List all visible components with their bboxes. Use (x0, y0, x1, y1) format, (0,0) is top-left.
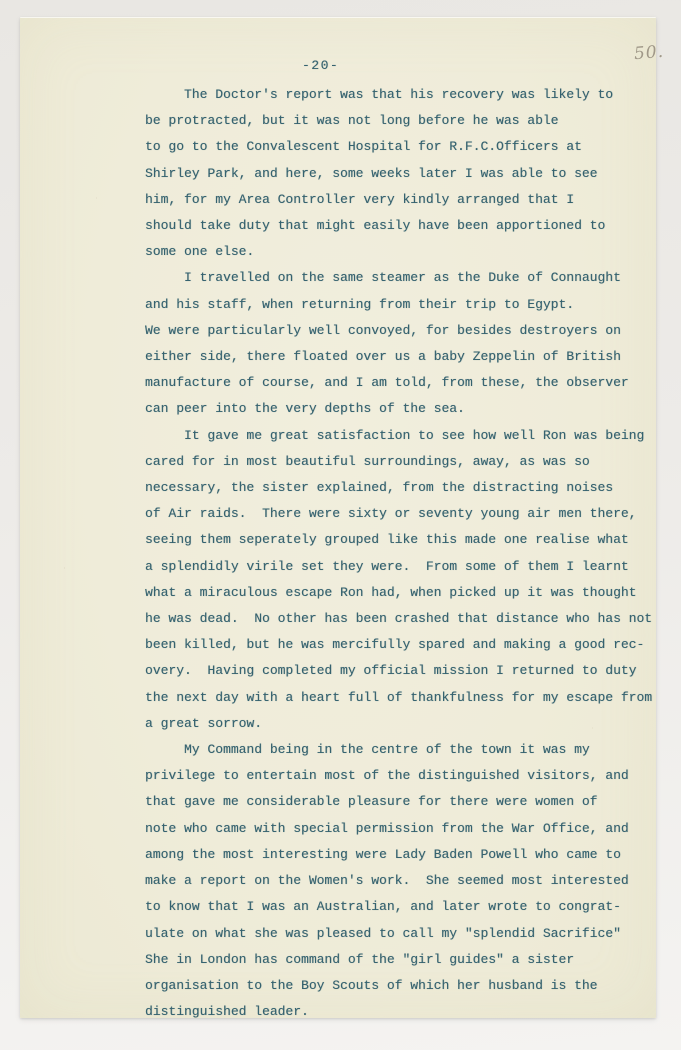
handwritten-archive-number: 50. (633, 42, 665, 65)
page-number: -20- (302, 58, 339, 73)
document-page: 50. -20- The Doctor's report was that hi… (20, 17, 656, 1018)
typed-text-block: The Doctor's report was that his recover… (145, 82, 675, 1025)
paragraph-steamer-voyage: I travelled on the same steamer as the D… (145, 265, 675, 422)
paragraph-doctors-report: The Doctor's report was that his recover… (145, 82, 675, 265)
paragraph-convalescent-visit: It gave me great satisfaction to see how… (145, 423, 675, 737)
paragraph-distinguished-visitors: My Command being in the centre of the to… (145, 737, 675, 1025)
